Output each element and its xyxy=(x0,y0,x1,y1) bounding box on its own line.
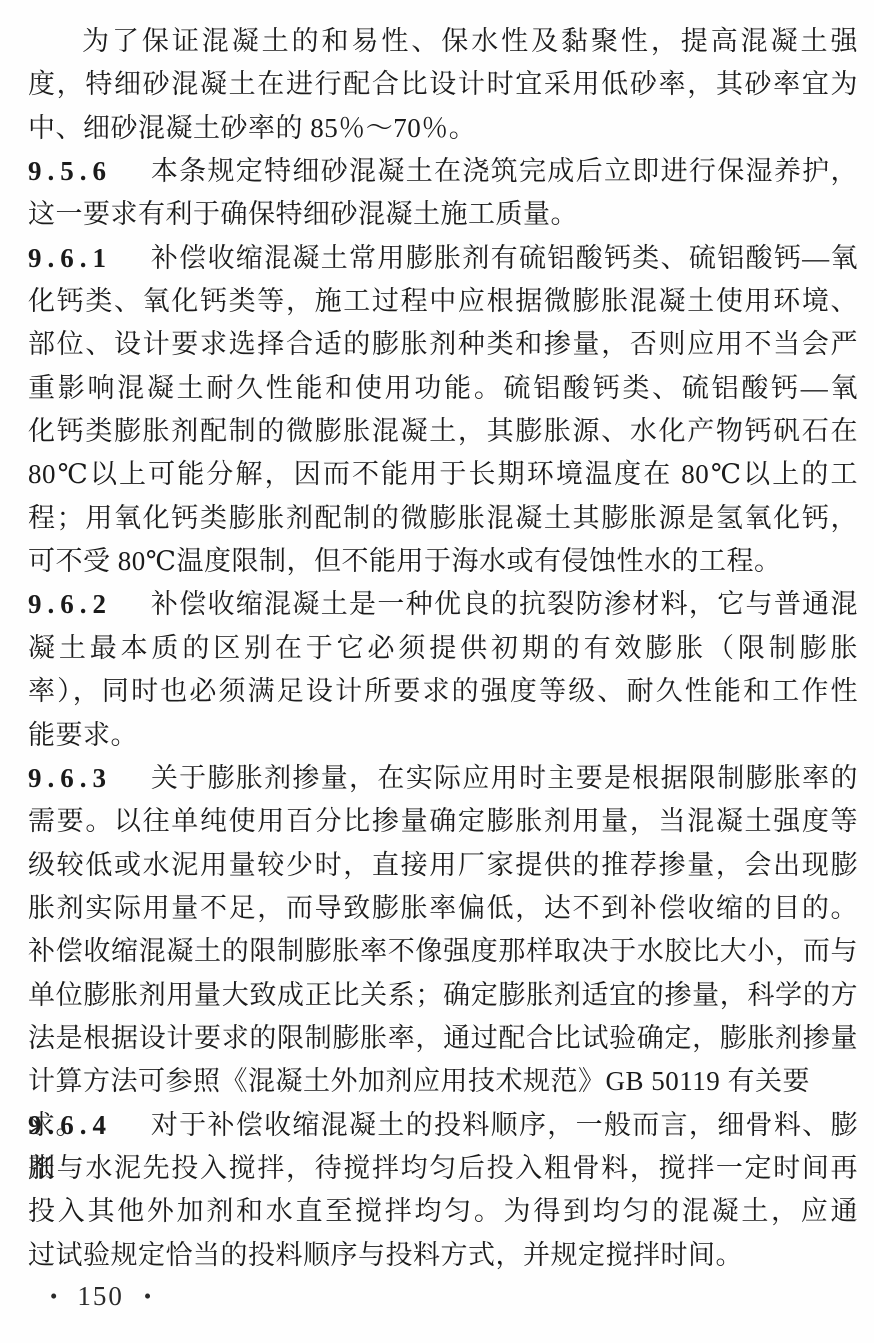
clause-number: 9.6.2 xyxy=(28,589,150,619)
clause-number: 9.5.6 xyxy=(28,156,150,186)
text-line: 化钙类、氧化钙类等，施工过程中应根据微膨胀混凝土使用环境、 xyxy=(28,280,858,323)
text-line: 重影响混凝土耐久性能和使用功能。硫铝酸钙类、硫铝酸钙—氧 xyxy=(28,367,858,410)
document-page: 为了保证混凝土的和易性、保水性及黏聚性，提高混凝土强度，特细砂混凝土在进行配合比… xyxy=(0,0,874,1343)
clause-number: 9.6.4 xyxy=(28,1110,150,1140)
text-line: 需要。以往单纯使用百分比掺量确定膨胀剂用量，当混凝土强度等 xyxy=(28,800,858,843)
clause-number: 9.6.3 xyxy=(28,763,150,793)
text-line: 过试验规定恰当的投料顺序与投料方式，并规定搅拌时间。 xyxy=(28,1234,858,1277)
footer-left-dot: • xyxy=(50,1276,57,1316)
text-line: 级较低或水泥用量较少时，直接用厂家提供的推荐掺量，会出现膨 xyxy=(28,844,858,887)
text-line: 9.6.1补偿收缩混凝土常用膨胀剂有硫铝酸钙类、硫铝酸钙—氧 xyxy=(28,237,858,280)
footer-right-dot: • xyxy=(144,1276,151,1316)
text-line: 补偿收缩混凝土的限制膨胀率不像强度那样取决于水胶比大小，而与 xyxy=(28,930,858,973)
text-line: 中、细砂混凝土砂率的 85％～70％。 xyxy=(28,107,858,150)
text-line: 胀剂实际用量不足，而导致膨胀率偏低，达不到补偿收缩的目的。 xyxy=(28,887,858,930)
clause-number: 9.6.1 xyxy=(28,243,150,273)
text-line: 9.5.6本条规定特细砂混凝土在浇筑完成后立即进行保湿养护， xyxy=(28,150,858,193)
text-line: 9.6.2补偿收缩混凝土是一种优良的抗裂防渗材料，它与普通混 xyxy=(28,583,858,626)
text-line: 法是根据设计要求的限制膨胀率，通过配合比试验确定，膨胀剂掺量 xyxy=(28,1017,858,1060)
text-line: 剂与水泥先投入搅拌，待搅拌均匀后投入粗骨料，搅拌一定时间再 xyxy=(28,1147,858,1190)
text-line: 单位膨胀剂用量大致成正比关系；确定膨胀剂适宜的掺量，科学的方 xyxy=(28,974,858,1017)
text-line: 80℃以上可能分解，因而不能用于长期环境温度在 80℃以上的工 xyxy=(28,453,858,496)
text-line: 投入其他外加剂和水直至搅拌均匀。为得到均匀的混凝土，应通 xyxy=(28,1190,858,1233)
text-line: 9.6.3关于膨胀剂掺量，在实际应用时主要是根据限制膨胀率的 xyxy=(28,757,858,800)
text-line: 这一要求有利于确保特细砂混凝土施工质量。 xyxy=(28,193,858,236)
page-number: 150 xyxy=(77,1281,124,1312)
text-line: 9.6.4对于补偿收缩混凝土的投料顺序，一般而言，细骨料、膨胀 xyxy=(28,1104,858,1147)
text-line: 可不受 80℃温度限制，但不能用于海水或有侵蚀性水的工程。 xyxy=(28,540,858,583)
text-line: 能要求。 xyxy=(28,714,858,757)
text-line: 凝土最本质的区别在于它必须提供初期的有效膨胀（限制膨胀 xyxy=(28,627,858,670)
text-block: 为了保证混凝土的和易性、保水性及黏聚性，提高混凝土强度，特细砂混凝土在进行配合比… xyxy=(28,20,858,1277)
text-line: 程；用氧化钙类膨胀剂配制的微膨胀混凝土其膨胀源是氢氧化钙， xyxy=(28,497,858,540)
text-line: 化钙类膨胀剂配制的微膨胀混凝土，其膨胀源、水化产物钙矾石在 xyxy=(28,410,858,453)
page-footer: • 150 • xyxy=(50,1276,151,1316)
text-line: 为了保证混凝土的和易性、保水性及黏聚性，提高混凝土强 xyxy=(28,20,858,63)
text-line: 计算方法可参照《混凝土外加剂应用技术规范》GB 50119 有关要求。 xyxy=(28,1060,858,1103)
text-line: 率），同时也必须满足设计所要求的强度等级、耐久性能和工作性 xyxy=(28,670,858,713)
text-line: 部位、设计要求选择合适的膨胀剂种类和掺量，否则应用不当会严 xyxy=(28,323,858,366)
text-line: 度，特细砂混凝土在进行配合比设计时宜采用低砂率，其砂率宜为 xyxy=(28,63,858,106)
